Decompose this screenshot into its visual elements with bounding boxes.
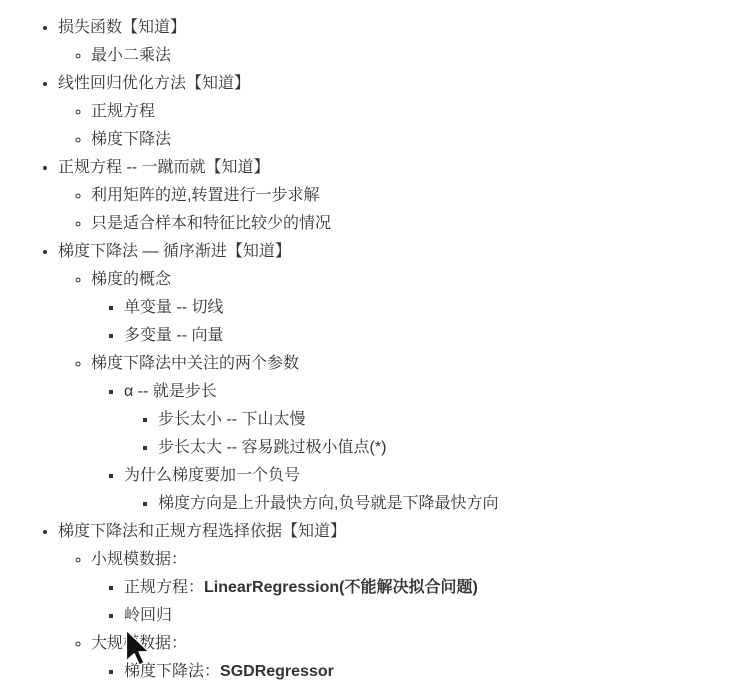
outline-list: 损失函数【知道】 最小二乘法 线性回归优化方法【知道】 正规方程 梯度下降法 正… [18,14,734,686]
list-item: 梯度下降法 — 循序渐进【知道】 梯度的概念 单变量 -- 切线 多变量 -- … [58,238,734,518]
list-item: 梯度下降法：SGDRegressor [124,658,734,686]
outline-sublist: 梯度方向是上升最快方向,负号就是下降最快方向 [124,490,734,518]
outline-item-bold-text: SGDRegressor [220,663,334,680]
outline-item-text: 梯度下降法 [91,131,171,148]
outline-item-text: 正规方程 [91,103,155,120]
list-item: 多变量 -- 向量 [124,322,734,350]
list-item: 梯度下降法中关注的两个参数 α -- 就是步长 步长太小 -- 下山太慢 步长太… [91,350,734,518]
list-item: 线性回归优化方法【知道】 正规方程 梯度下降法 [58,70,734,154]
list-item: 小规模数据： 正规方程：LinearRegression(不能解决拟合问题) 岭… [91,546,734,630]
outline-sublist: 最小二乘法 [58,42,734,70]
outline-item-text: 最小二乘法 [91,47,171,64]
outline-item-text: 梯度下降法： [124,663,220,680]
outline-item-text: 大规模数据： [91,635,187,652]
outline-sublist: 正规方程 梯度下降法 [58,98,734,154]
outline-item-text: 为什么梯度要加一个负号 [124,467,300,484]
list-item: 岭回归 [124,602,734,630]
outline-item-text: 利用矩阵的逆,转置进行一步求解 [91,187,319,204]
outline-item-text: 梯度下降法 — 循序渐进【知道】 [58,243,291,260]
outline-sublist: 单变量 -- 切线 多变量 -- 向量 [91,294,734,350]
outline-item-text: 损失函数【知道】 [58,19,186,36]
list-item: 步长太小 -- 下山太慢 [158,406,734,434]
outline-item-text: 步长太小 -- 下山太慢 [158,411,306,428]
list-item: α -- 就是步长 步长太小 -- 下山太慢 步长太大 -- 容易跳过极小值点(… [124,378,734,462]
outline-item-text: 正规方程： [124,579,204,596]
outline-item-text: 只是适合样本和特征比较少的情况 [91,215,331,232]
outline-item-bold-text: LinearRegression(不能解决拟合问题) [204,579,478,596]
list-item: 梯度方向是上升最快方向,负号就是下降最快方向 [158,490,734,518]
list-item: 大规模数据： 梯度下降法：SGDRegressor [91,630,734,686]
list-item: 最小二乘法 [91,42,734,70]
list-item: 正规方程：LinearRegression(不能解决拟合问题) [124,574,734,602]
notes-document: 损失函数【知道】 最小二乘法 线性回归优化方法【知道】 正规方程 梯度下降法 正… [0,0,744,686]
list-item: 梯度的概念 单变量 -- 切线 多变量 -- 向量 [91,266,734,350]
outline-item-text: 梯度方向是上升最快方向,负号就是下降最快方向 [158,495,498,512]
outline-item-text: 梯度的概念 [91,271,171,288]
outline-item-text: 岭回归 [124,607,172,624]
outline-sublist: 利用矩阵的逆,转置进行一步求解 只是适合样本和特征比较少的情况 [58,182,734,238]
list-item: 只是适合样本和特征比较少的情况 [91,210,734,238]
outline-sublist: 梯度的概念 单变量 -- 切线 多变量 -- 向量 梯度下降法中关注的两个参数 [58,266,734,518]
outline-sublist: 小规模数据： 正规方程：LinearRegression(不能解决拟合问题) 岭… [58,546,734,686]
outline-sublist: 步长太小 -- 下山太慢 步长太大 -- 容易跳过极小值点(*) [124,406,734,462]
outline-item-text: 步长太大 -- 容易跳过极小值点(*) [158,439,386,456]
outline-item-text: α -- 就是步长 [124,383,217,400]
outline-item-text: 线性回归优化方法【知道】 [58,75,250,92]
list-item: 单变量 -- 切线 [124,294,734,322]
outline-item-text: 单变量 -- 切线 [124,299,224,316]
outline-sublist: 梯度下降法：SGDRegressor [91,658,734,686]
outline-item-text: 正规方程 -- 一蹴而就【知道】 [58,159,270,176]
outline-item-text: 多变量 -- 向量 [124,327,224,344]
list-item: 步长太大 -- 容易跳过极小值点(*) [158,434,734,462]
list-item: 梯度下降法 [91,126,734,154]
list-item: 为什么梯度要加一个负号 梯度方向是上升最快方向,负号就是下降最快方向 [124,462,734,518]
outline-sublist: α -- 就是步长 步长太小 -- 下山太慢 步长太大 -- 容易跳过极小值点(… [91,378,734,518]
outline-item-text: 梯度下降法和正规方程选择依据【知道】 [58,523,346,540]
list-item: 利用矩阵的逆,转置进行一步求解 [91,182,734,210]
outline-item-text: 梯度下降法中关注的两个参数 [91,355,299,372]
list-item: 损失函数【知道】 最小二乘法 [58,14,734,70]
list-item: 梯度下降法和正规方程选择依据【知道】 小规模数据： 正规方程：LinearReg… [58,518,734,686]
outline-sublist: 正规方程：LinearRegression(不能解决拟合问题) 岭回归 [91,574,734,630]
list-item: 正规方程 -- 一蹴而就【知道】 利用矩阵的逆,转置进行一步求解 只是适合样本和… [58,154,734,238]
outline-item-text: 小规模数据： [91,551,187,568]
list-item: 正规方程 [91,98,734,126]
